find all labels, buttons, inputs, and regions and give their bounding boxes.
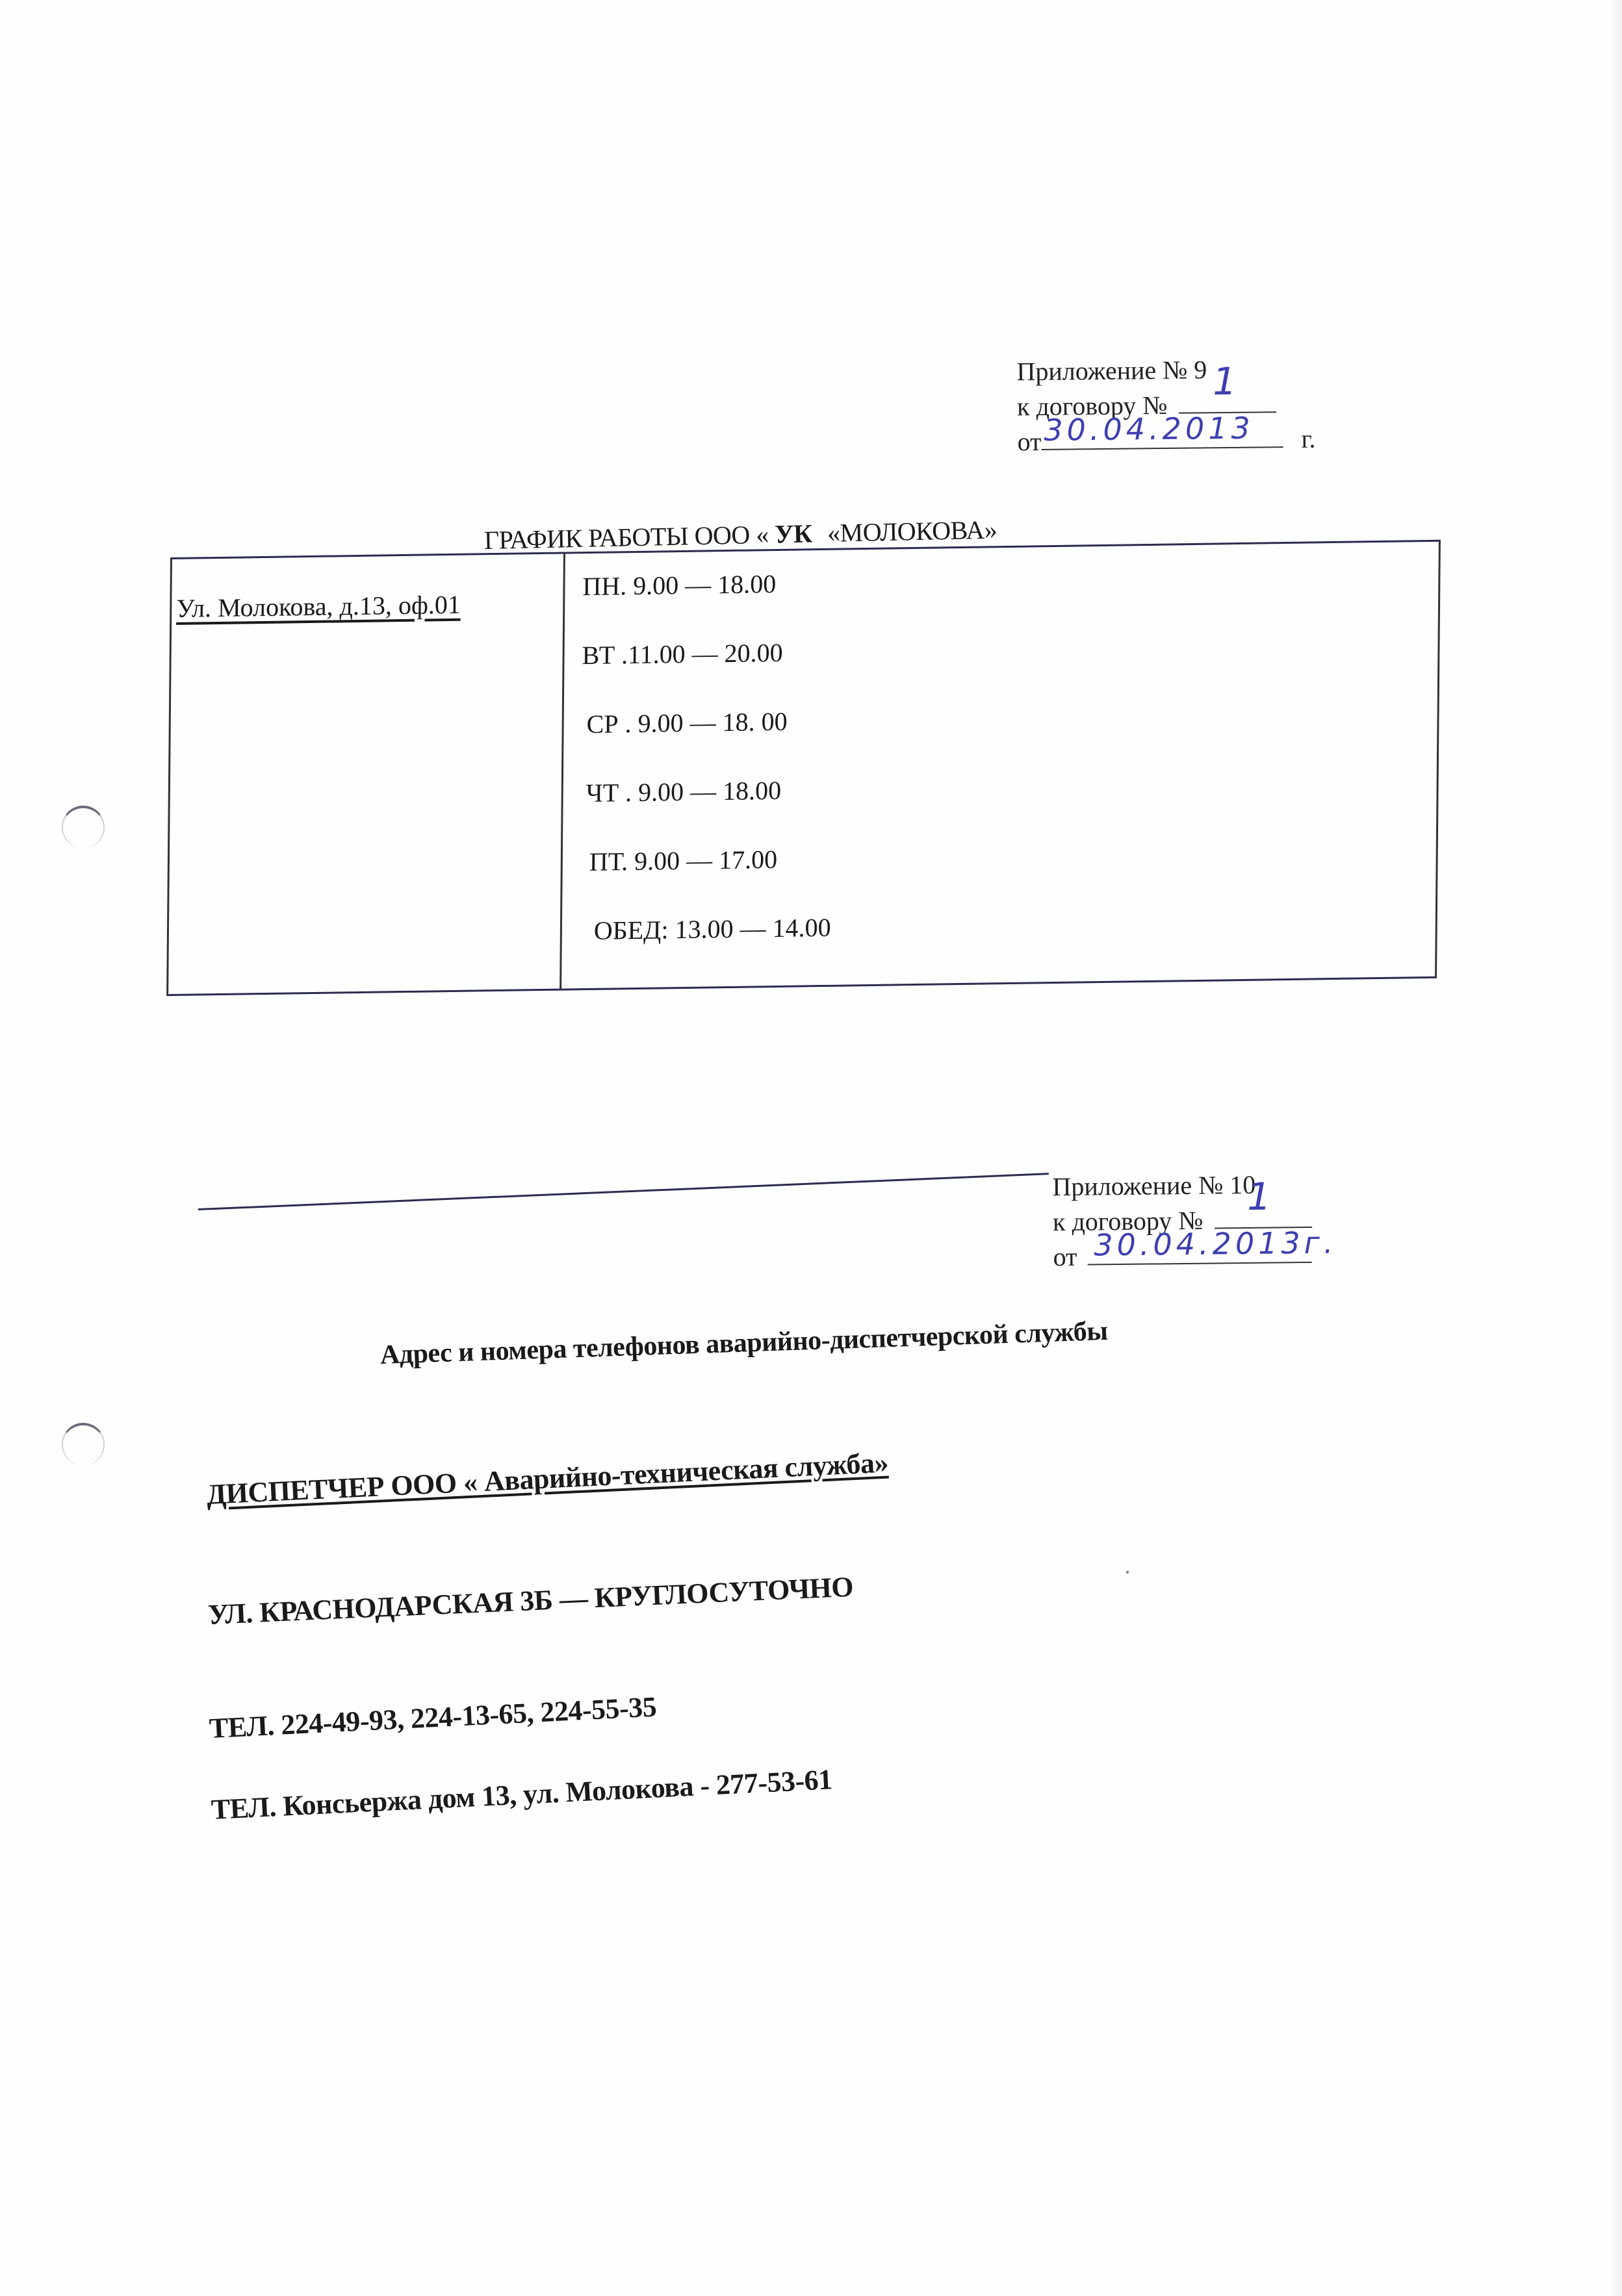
annex-9-title: Приложение № 9	[1016, 353, 1315, 389]
working-hours-list: ПН. 9.00 — 18.00 ВТ .11.00 — 20.00 СР . …	[579, 568, 834, 985]
schedule-title-suffix: «МОЛОКОВА»	[827, 515, 998, 547]
date-handwritten: 30.04.2013	[1044, 412, 1254, 446]
date-field: 30.04.2013г.	[1087, 1236, 1311, 1266]
section-separator	[198, 1173, 1049, 1210]
scan-speck	[1126, 1571, 1129, 1574]
annex-9-header: Приложение № 9 к договору № 1 от 30.04.2…	[1016, 353, 1315, 459]
date-label: от	[1017, 427, 1041, 456]
annex-10-date-line: от 30.04.2013г.	[1053, 1236, 1313, 1273]
contract-number-handwritten: 1	[1213, 365, 1241, 398]
schedule-title-bold: УК	[775, 518, 812, 548]
dispatcher-address: УЛ. КРАСНОДАРСКАЯ 3Б — КРУГЛОСУТОЧНО	[207, 1570, 854, 1631]
date-handwritten: 30.04.2013г.	[1094, 1227, 1337, 1262]
hours-row-wednesday: СР . 9.00 — 18. 00	[581, 706, 833, 778]
punch-hole-mark	[62, 806, 105, 848]
concierge-phone: ТЕЛ. Консьержа дом 13, ул. Молокова - 27…	[211, 1763, 833, 1826]
schedule-table: Ул. Молокова, д.13, оф.01 ПН. 9.00 — 18.…	[166, 540, 1441, 996]
hours-row-thursday: ЧТ . 9.00 — 18.00	[580, 774, 832, 847]
office-address: Ул. Молокова, д.13, оф.01	[176, 589, 461, 624]
punch-hole-mark	[62, 1423, 105, 1466]
contract-number-field: 1	[1179, 385, 1276, 414]
hours-row-friday: ПТ. 9.00 — 17.00	[580, 843, 832, 915]
scan-edge-shadow	[1610, 0, 1622, 2296]
hours-row-monday: ПН. 9.00 — 18.00	[582, 568, 834, 640]
dispatcher-company: ДИСПЕТЧЕР ООО « Аварийно-техническая слу…	[206, 1446, 889, 1511]
date-label: от	[1053, 1242, 1077, 1271]
emergency-service-heading: Адрес и номера телефонов аварийно-диспет…	[380, 1316, 1108, 1371]
annex-9-date-line: от 30.04.2013 г.	[1017, 420, 1315, 459]
hours-row-tuesday: ВТ .11.00 — 20.00	[582, 637, 834, 709]
hours-row-lunch: ОБЕД: 13.00 — 14.00	[579, 912, 831, 984]
year-suffix: г.	[1301, 424, 1315, 453]
date-field: 30.04.2013	[1041, 420, 1283, 450]
contract-number-handwritten: 1	[1247, 1180, 1275, 1213]
dispatcher-phones: ТЕЛ. 224-49-93, 224-13-65, 224-55-35	[209, 1690, 657, 1745]
annex-10-header: Приложение № 10 к договору № 1 от 30.04.…	[1052, 1168, 1313, 1273]
scanned-page: Приложение № 9 к договору № 1 от 30.04.2…	[0, 0, 1622, 2296]
contract-number-field: 1	[1215, 1201, 1312, 1229]
